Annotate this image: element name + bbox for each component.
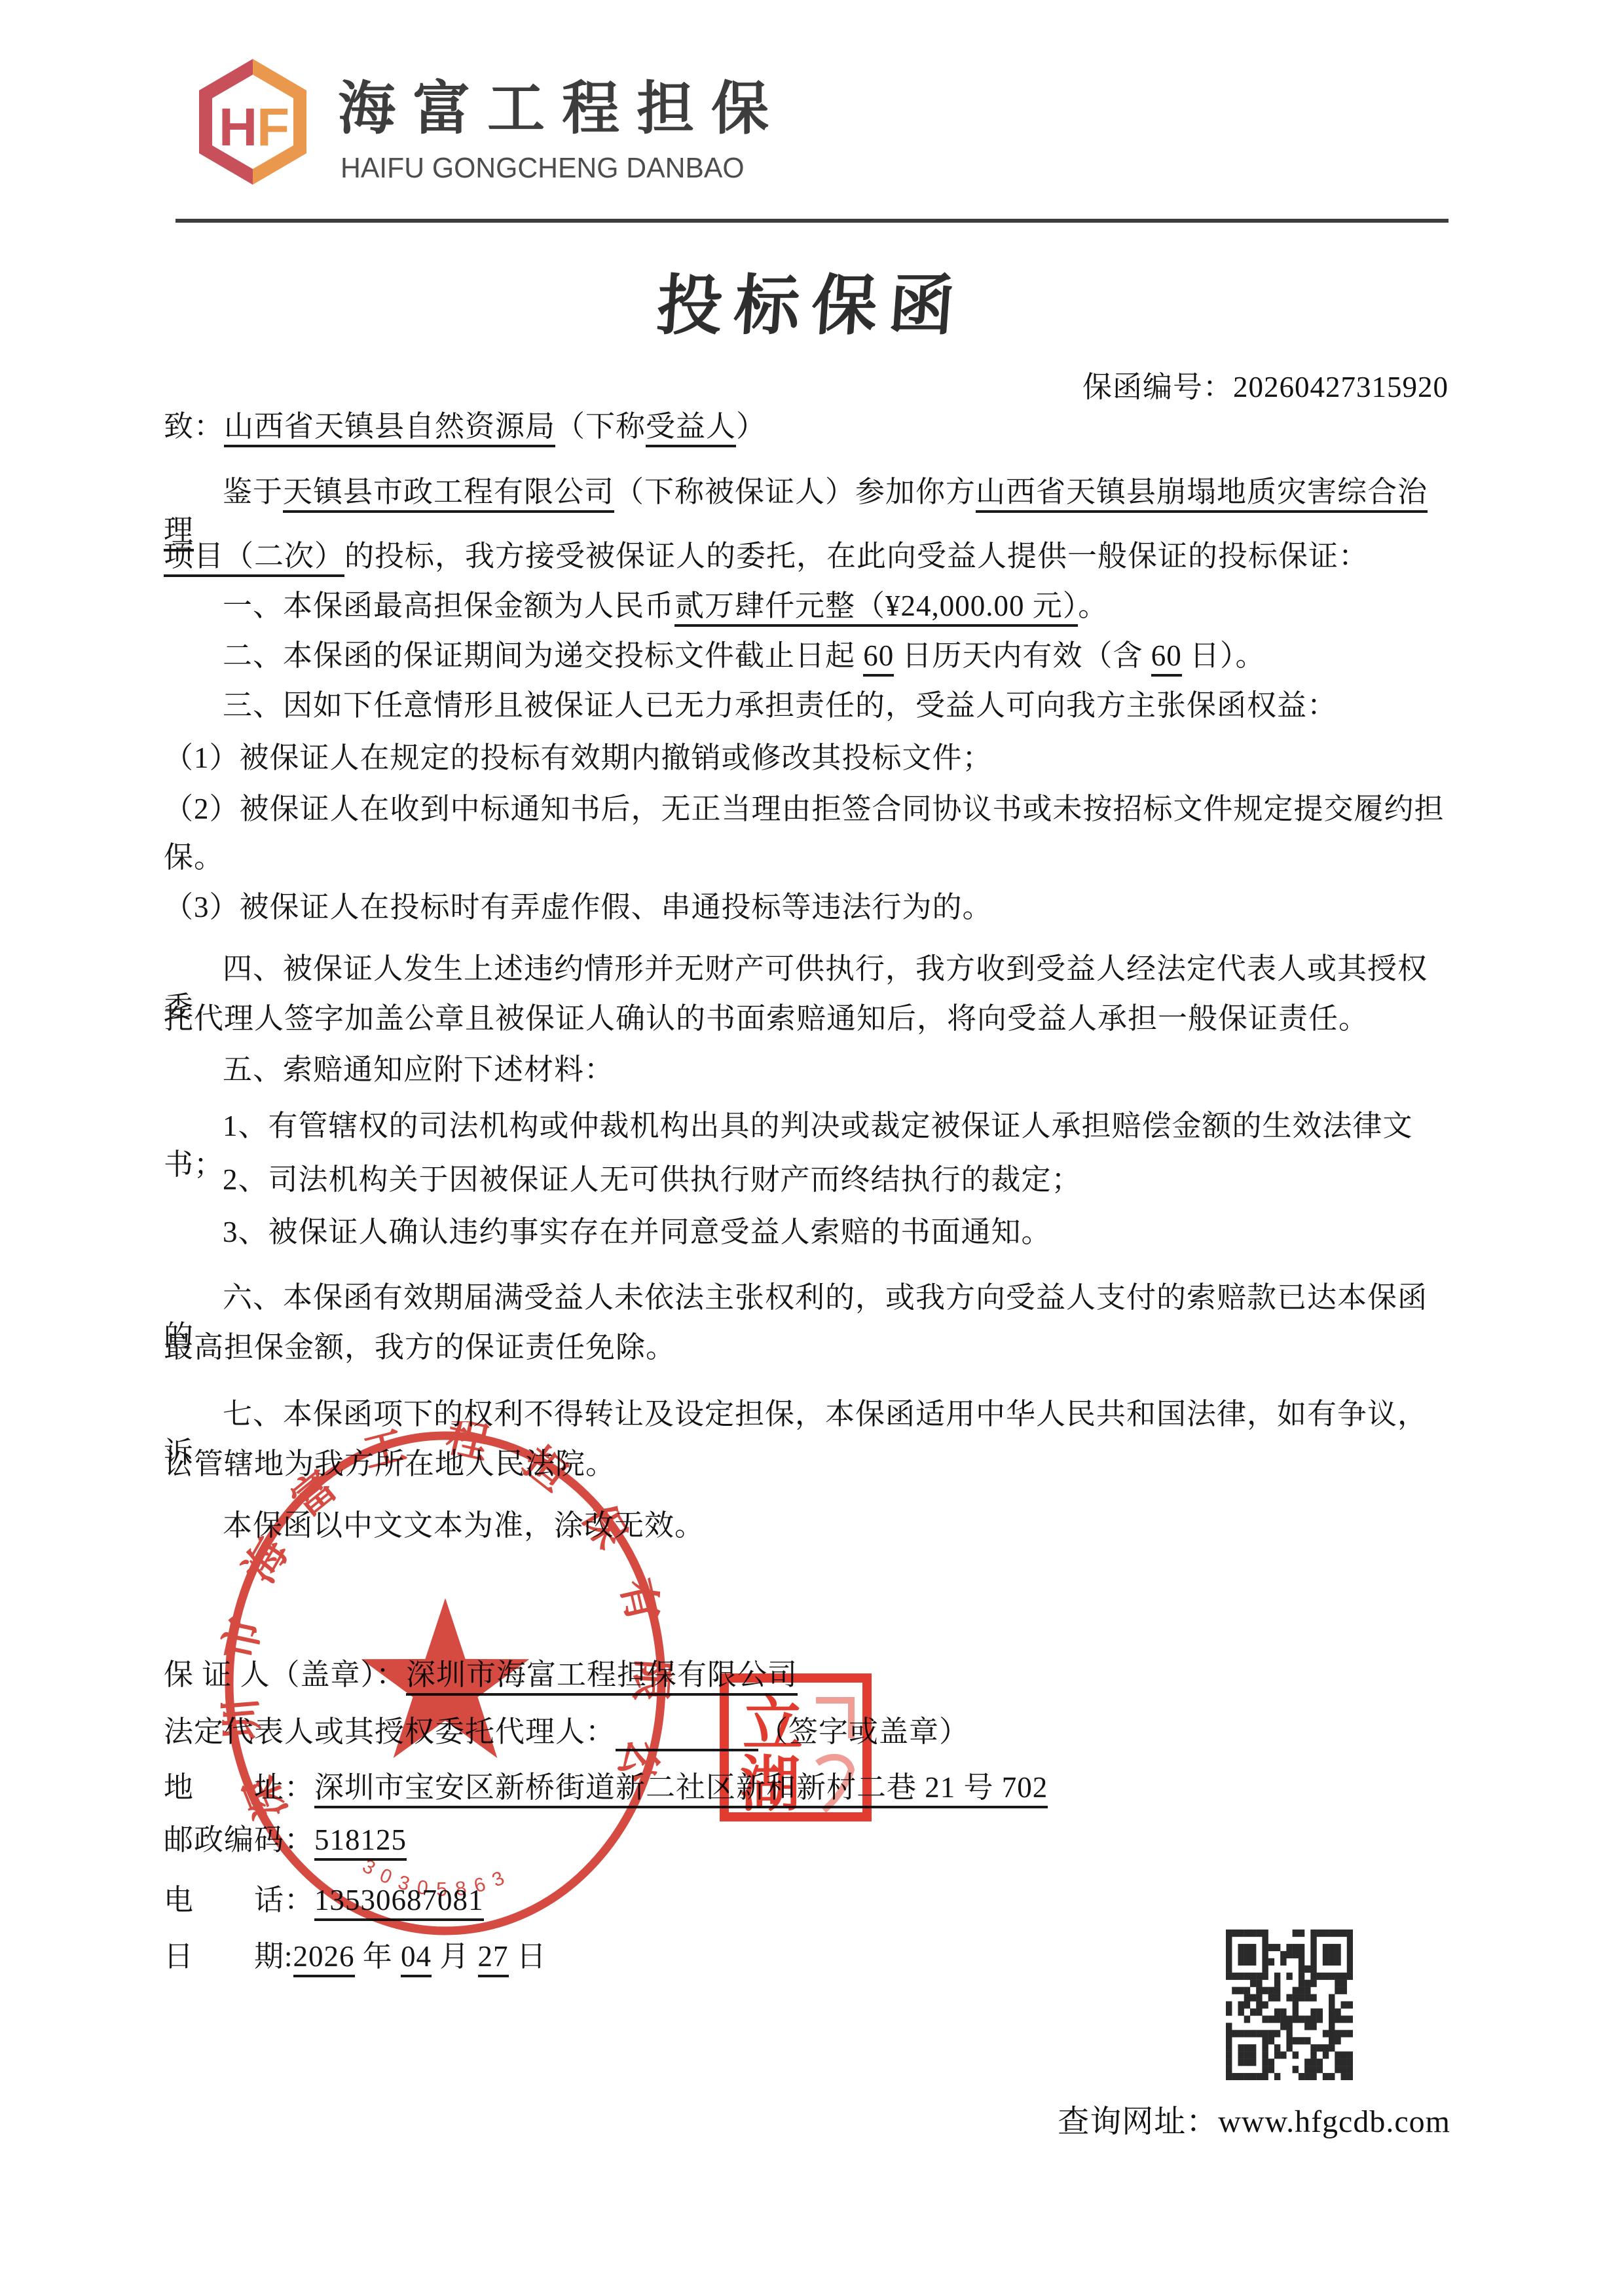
doc-line: （2）被保证人在收到中标通知书后，无正当理由拒签合同协议书或未按招标文件规定提交… [164,790,1455,829]
underlined-text: 项目（二次） [164,540,344,577]
doc-line: （3）被保证人在投标时有弄虚作假、串通投标等违法行为的。 [164,888,1455,927]
stamp-partial-strokes [816,1700,851,1810]
text-run: 致： [164,410,224,443]
company-name-en: HAIFU GONGCHENG DANBAO [341,152,745,185]
text-run: 五、索赔通知应附下述材料： [223,1053,614,1086]
text-run: 2、司法机构关于因被保证人无可供执行财产而终结执行的裁定； [223,1163,1082,1196]
text-run: 最高担保金额，我方的保证责任免除。 [164,1331,676,1364]
text-run: ） [736,410,766,443]
seal-star-icon [361,1598,530,1758]
doc-line: 三、因如下任意情形且被保证人已无力承担责任的，受益人可向我方主张保函权益： [164,686,1455,725]
underlined-text: 天镇县市政工程有限公司 [283,476,614,513]
name-stamp-seal: 立 湖 [718,1671,875,1829]
logo-letter-h: H [219,98,257,157]
guarantee-ref-number: 保函编号：20260427315920 [1082,363,1449,405]
text-run: 3、被保证人确认违约事实存在并同意受益人索赔的书面通知。 [223,1216,1052,1248]
text-run: （3）被保证人在投标时有弄虚作假、串通投标等违法行为的。 [164,891,993,924]
page-title: 投标保函 [0,253,1624,347]
text-run: 三、因如下任意情形且被保证人已无力承担责任的，受益人可向我方主张保函权益： [223,689,1337,722]
text-run: 日）。 [1182,639,1266,672]
doc-line: 项目（二次）的投标，我方接受被保证人的委托，在此向受益人提供一般保证的投标保证： [164,537,1455,576]
underlined-text: 60 [863,639,894,677]
round-company-seal: 深圳市海富工程担保有限公司 30305863 [216,1421,674,1945]
text-run: 保。 [164,841,224,874]
text-run: 的投标，我方接受被保证人的委托，在此向受益人提供一般保证的投标保证： [344,540,1369,572]
logo-letter-f: F [257,98,289,157]
doc-line: 保。 [164,838,1455,877]
text-run: （下称被保证人）参加你方 [614,476,976,508]
text-run: 。 [1078,589,1108,622]
doc-line: 二、本保函的保证期间为递交投标文件截止日起 60 日历天内有效（含 60 日）。 [164,637,1455,675]
text-run: 托代理人签字加盖公章且被保证人确认的书面索赔通知后，将向受益人承担一般保证责任。 [164,1002,1369,1035]
underlined-text: 受益人 [646,410,736,447]
text-run: 鉴于 [223,476,283,508]
doc-line: （1）被保证人在规定的投标有效期内撤销或修改其投标文件； [164,739,1455,777]
doc-line: 致：山西省天镇县自然资源局（下称受益人） [164,407,1455,446]
underlined-text: 27 [478,1940,509,1977]
text-run: 日历天内有效（含 [894,639,1151,672]
text-run: 二、本保函的保证期间为递交投标文件截止日起 [223,639,863,672]
query-url: 查询网址：www.hfgcdb.com [1058,2096,1450,2141]
doc-line: 一、本保函最高担保金额为人民币贰万肆仟元整（¥24,000.00 元）。 [164,587,1455,625]
text-run: （1）被保证人在规定的投标有效期内撤销或修改其投标文件； [164,741,993,774]
underlined-text: 2026 [293,1940,355,1977]
verification-qr-code [1226,1930,1353,2080]
text-run: （2）被保证人在收到中标通知书后，无正当理由拒签合同协议书或未按招标文件规定提交… [164,793,1445,825]
doc-line: 最高担保金额，我方的保证责任免除。 [164,1328,1455,1367]
company-name-zh: 海富工程担保 [338,63,786,145]
svg-text:30305863: 30305863 [359,1856,516,1901]
doc-line: 托代理人签字加盖公章且被保证人确认的书面索赔通知后，将向受益人承担一般保证责任。 [164,999,1455,1038]
underlined-text: 山西省天镇县自然资源局 [224,410,555,447]
text-run: 一、本保函最高担保金额为人民币 [223,589,674,622]
scanned-guarantee-letter: H F 海富工程担保 HAIFU GONGCHENG DANBAO 投标保函 保… [0,0,1624,2295]
stamp-char-2: 湖 [740,1751,800,1818]
text-run: （下称 [555,410,646,443]
doc-line: 2、司法机构关于因被保证人无可供执行财产而终结执行的裁定； [164,1161,1455,1199]
stamp-char-1: 立 [743,1691,803,1758]
header-divider [175,219,1449,223]
underlined-text: 60 [1151,639,1182,677]
underlined-text: 04 [401,1940,432,1977]
seal-serial-number: 30305863 [359,1856,516,1901]
doc-line: 3、被保证人确认违约事实存在并同意受益人索赔的书面通知。 [164,1213,1455,1252]
doc-line: 五、索赔通知应附下述材料： [164,1051,1455,1089]
hf-hexagon-logo-icon: H F [196,58,309,186]
underlined-text: 贰万肆仟元整（¥24,000.00 元） [674,589,1078,627]
